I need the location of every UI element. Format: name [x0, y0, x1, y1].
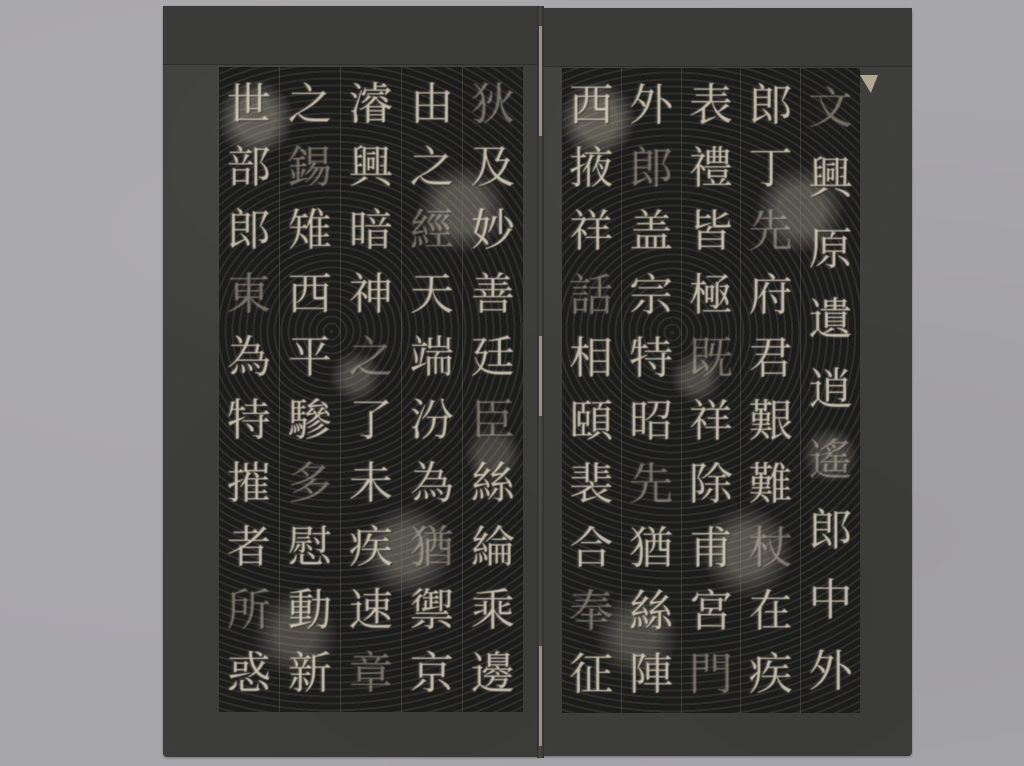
- calligraphy-character: 天: [410, 273, 454, 317]
- calligraphy-character: 驂: [288, 399, 332, 443]
- calligraphy-character: 郎: [809, 509, 853, 553]
- calligraphy-character: 新: [288, 652, 332, 696]
- calligraphy-character: 遺: [809, 298, 853, 342]
- calligraphy-character: 為: [410, 462, 454, 506]
- calligraphy-character: 惑: [227, 652, 271, 696]
- calligraphy-character: 除: [689, 463, 733, 507]
- calligraphy-character: 疾: [349, 526, 393, 570]
- calligraphy-character: 盖: [629, 210, 673, 254]
- calligraphy-character: 頤: [569, 400, 613, 444]
- calligraphy-character: 掖: [569, 147, 613, 191]
- calligraphy-character: 皆: [689, 210, 733, 254]
- calligraphy-character: 雉: [288, 209, 332, 253]
- calligraphy-character: 摧: [227, 462, 271, 506]
- calligraphy-character: 神: [349, 273, 393, 317]
- calligraphy-character: 乘: [471, 589, 515, 633]
- calligraphy-character: 特: [629, 337, 673, 381]
- calligraphy-character: 世: [227, 83, 271, 127]
- calligraphy-character: 難: [749, 463, 793, 507]
- calligraphy-character: 先: [749, 210, 793, 254]
- calligraphy-character: 廷: [471, 336, 515, 380]
- inscription-column: 世部郎東為特摧者所惑: [219, 67, 279, 712]
- calligraphy-character: 東: [227, 273, 271, 317]
- calligraphy-character: 者: [227, 526, 271, 570]
- calligraphy-character: 原: [809, 228, 853, 272]
- inscription-column: 狄及妙善廷臣絲綸乘邊: [462, 67, 523, 712]
- inscription-column: 由之經天端汾為猶禦京: [401, 67, 462, 712]
- calligraphy-character: 速: [349, 589, 393, 633]
- calligraphy-character: 為: [227, 336, 271, 380]
- calligraphy-character: 外: [809, 650, 853, 694]
- calligraphy-character: 宮: [689, 590, 733, 634]
- calligraphy-character: 濬: [349, 83, 393, 127]
- calligraphy-character: 在: [749, 590, 793, 634]
- calligraphy-character: 未: [349, 462, 393, 506]
- calligraphy-character: 疾: [749, 653, 793, 697]
- calligraphy-character: 所: [227, 589, 271, 633]
- calligraphy-character: 部: [227, 146, 271, 190]
- calligraphy-character: 逍: [809, 368, 853, 412]
- calligraphy-character: 臣: [471, 399, 515, 443]
- calligraphy-character: 西: [288, 273, 332, 317]
- calligraphy-character: 甫: [689, 527, 733, 571]
- calligraphy-character: 昭: [629, 400, 673, 444]
- calligraphy-character: 既: [689, 337, 733, 381]
- calligraphy-character: 之: [288, 83, 332, 127]
- inscription-column: 濬興暗神之了未疾速章: [340, 67, 401, 712]
- inscription-column: 之錫雉西平驂多慰動新: [279, 67, 340, 712]
- inscription-column: 西掖祥話相頤裴合奉征: [562, 68, 621, 713]
- calligraphy-character: 郎: [629, 147, 673, 191]
- calligraphy-character: 絲: [629, 590, 673, 634]
- calligraphy-character: 禦: [410, 589, 454, 633]
- calligraphy-character: 平: [288, 336, 332, 380]
- inscription-column: 文興原遺逍遙郎中外: [800, 68, 860, 713]
- calligraphy-character: 猶: [410, 526, 454, 570]
- calligraphy-character: 多: [288, 462, 332, 506]
- calligraphy-character: 君: [749, 337, 793, 381]
- inscription-column: 表禮皆極既祥除甫宮門: [681, 68, 741, 713]
- right-top-margin: [541, 8, 912, 67]
- calligraphy-character: 奉: [569, 590, 613, 634]
- calligraphy-character: 了: [349, 399, 393, 443]
- calligraphy-character: 郎: [227, 209, 271, 253]
- calligraphy-character: 府: [749, 274, 793, 318]
- calligraphy-character: 慰: [288, 526, 332, 570]
- calligraphy-character: 艱: [749, 400, 793, 444]
- calligraphy-character: 妙: [471, 209, 515, 253]
- calligraphy-character: 祥: [689, 400, 733, 444]
- inscription-column: 郎丁先府君艱難杖在疾: [740, 68, 800, 713]
- calligraphy-character: 裴: [569, 463, 613, 507]
- spine-wear-mark: [539, 646, 542, 746]
- calligraphy-character: 門: [689, 653, 733, 697]
- calligraphy-character: 及: [471, 146, 515, 190]
- calligraphy-character: 興: [349, 146, 393, 190]
- left-top-margin: [163, 6, 540, 65]
- calligraphy-character: 杖: [749, 527, 793, 571]
- calligraphy-character: 章: [349, 652, 393, 696]
- calligraphy-character: 遙: [809, 439, 853, 483]
- right-rubbing-panel: 文興原遺逍遙郎中外郎丁先府君艱難杖在疾表禮皆極既祥除甫宮門外郎盖宗特昭先猶絲陣西…: [562, 68, 860, 713]
- calligraphy-character: 端: [410, 336, 454, 380]
- calligraphy-character: 京: [410, 652, 454, 696]
- calligraphy-character: 話: [569, 274, 613, 318]
- calligraphy-character: 之: [410, 146, 454, 190]
- calligraphy-character: 善: [471, 273, 515, 317]
- calligraphy-character: 經: [410, 209, 454, 253]
- spine-wear-mark: [539, 336, 542, 416]
- calligraphy-character: 西: [569, 84, 613, 128]
- calligraphy-character: 外: [629, 84, 673, 128]
- calligraphy-character: 綸: [471, 526, 515, 570]
- calligraphy-character: 征: [569, 653, 613, 697]
- calligraphy-character: 郎: [749, 84, 793, 128]
- calligraphy-character: 文: [809, 87, 853, 131]
- calligraphy-character: 合: [569, 527, 613, 571]
- calligraphy-character: 由: [410, 83, 454, 127]
- calligraphy-character: 動: [288, 589, 332, 633]
- calligraphy-character: 陣: [629, 653, 673, 697]
- calligraphy-character: 丁: [749, 147, 793, 191]
- calligraphy-character: 猶: [629, 527, 673, 571]
- calligraphy-character: 表: [689, 84, 733, 128]
- calligraphy-character: 興: [809, 157, 853, 201]
- calligraphy-character: 祥: [569, 210, 613, 254]
- left-rubbing-panel: 狄及妙善廷臣絲綸乘邊由之經天端汾為猶禦京濬興暗神之了未疾速章之錫雉西平驂多慰動新…: [219, 67, 523, 712]
- calligraphy-character: 相: [569, 337, 613, 381]
- calligraphy-character: 邊: [471, 652, 515, 696]
- calligraphy-character: 先: [629, 463, 673, 507]
- spine-wear-mark: [539, 26, 542, 136]
- book-spine: [537, 6, 544, 758]
- calligraphy-character: 特: [227, 399, 271, 443]
- calligraphy-character: 狄: [471, 83, 515, 127]
- inscription-column: 外郎盖宗特昭先猶絲陣: [621, 68, 681, 713]
- calligraphy-character: 中: [809, 579, 853, 623]
- calligraphy-character: 絲: [471, 462, 515, 506]
- calligraphy-character: 禮: [689, 147, 733, 191]
- calligraphy-character: 之: [349, 336, 393, 380]
- calligraphy-character: 宗: [629, 274, 673, 318]
- calligraphy-character: 極: [689, 274, 733, 318]
- calligraphy-character: 錫: [288, 146, 332, 190]
- calligraphy-character: 暗: [349, 209, 393, 253]
- calligraphy-character: 汾: [410, 399, 454, 443]
